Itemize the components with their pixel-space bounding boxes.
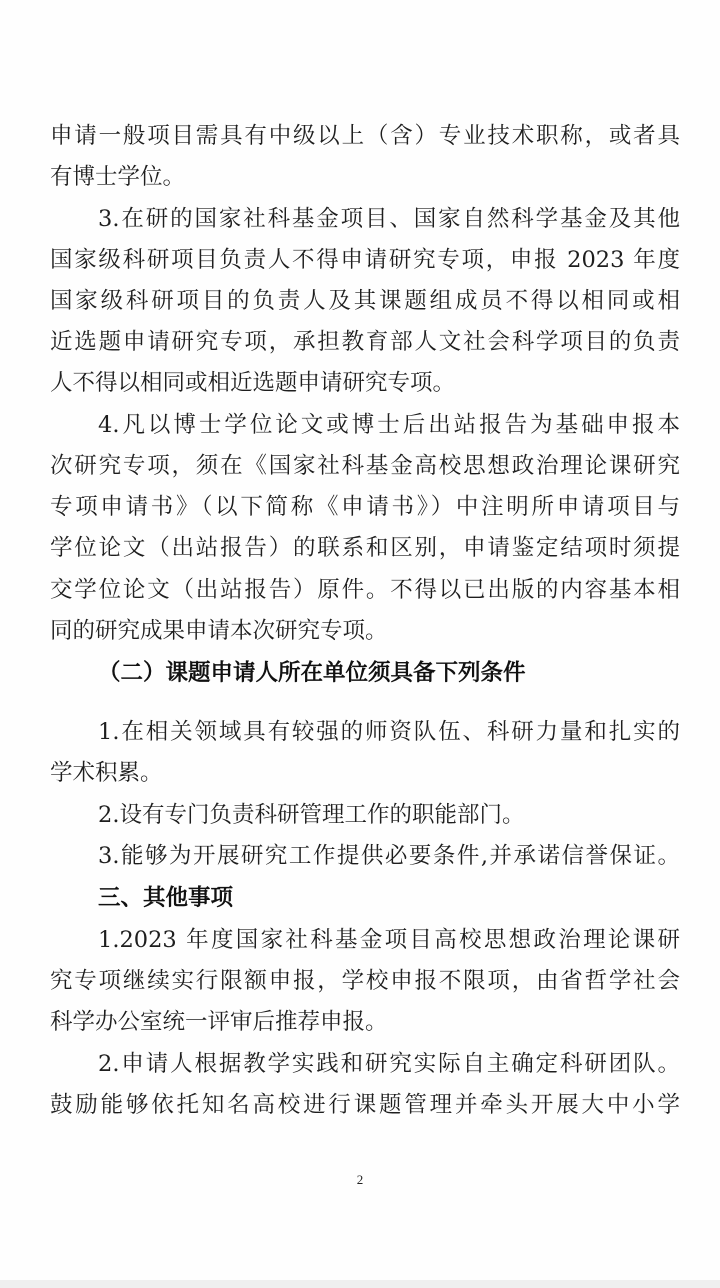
text-line: 次研究专项，须在《国家社科基金高校思想政治理论课研究 <box>50 451 680 481</box>
page-number: 2 <box>0 1172 720 1188</box>
section-heading: （二）课题申请人所在单位须具备下列条件 <box>98 658 680 688</box>
text-line: 1.2023 年度国家社科基金项目高校思想政治理论课研 <box>98 925 680 955</box>
text-line: 专项申请书》（以下简称《申请书》）中注明所申请项目与 <box>50 492 680 522</box>
viewer-bottom-bar <box>0 1280 720 1288</box>
text-line: 4.凡以博士学位论文或博士后出站报告为基础申报本 <box>98 410 680 440</box>
text-line: 学位论文（出站报告）的联系和区别，申请鉴定结项时须提 <box>50 533 680 563</box>
text-line: 国家级科研项目的负责人及其课题组成员不得以相同或相 <box>50 286 680 316</box>
text-line: 究专项继续实行限额申报，学校申报不限项，由省哲学社会 <box>50 966 680 996</box>
text-line: 交学位论文（出站报告）原件。不得以已出版的内容基本相 <box>50 575 680 605</box>
text-line: 1.在相关领域具有较强的师资队伍、科研力量和扎实的 <box>98 717 680 747</box>
text-line: 学术积累。 <box>50 758 680 788</box>
text-line: 鼓励能够依托知名高校进行课题管理并牵头开展大中小学 <box>50 1090 680 1120</box>
text-line: 同的研究成果申请本次研究专项。 <box>50 616 680 646</box>
text-line: 国家级科研项目负责人不得申请研究专项，申报 2023 年度 <box>50 245 680 275</box>
text-line: 2.申请人根据教学实践和研究实际自主确定科研团队。 <box>98 1049 680 1079</box>
text-line: 2.设有专门负责科研管理工作的职能部门。 <box>98 800 680 830</box>
text-line: 人不得以相同或相近选题申请研究专项。 <box>50 368 680 398</box>
section-heading: 三、其他事项 <box>98 883 680 913</box>
text-line: 3.在研的国家社科基金项目、国家自然科学基金及其他 <box>98 204 680 234</box>
text-line: 近选题申请研究专项，承担教育部人文社会科学项目的负责 <box>50 327 680 357</box>
text-line: 申请一般项目需具有中级以上（含）专业技术职称，或者具 <box>50 121 680 151</box>
text-line: 3.能够为开展研究工作提供必要条件,并承诺信誉保证。 <box>98 841 680 871</box>
text-line: 有博士学位。 <box>50 162 680 192</box>
text-line: 科学办公室统一评审后推荐申报。 <box>50 1007 680 1037</box>
document-page: 申请一般项目需具有中级以上（含）专业技术职称，或者具有博士学位。3.在研的国家社… <box>0 0 720 1280</box>
